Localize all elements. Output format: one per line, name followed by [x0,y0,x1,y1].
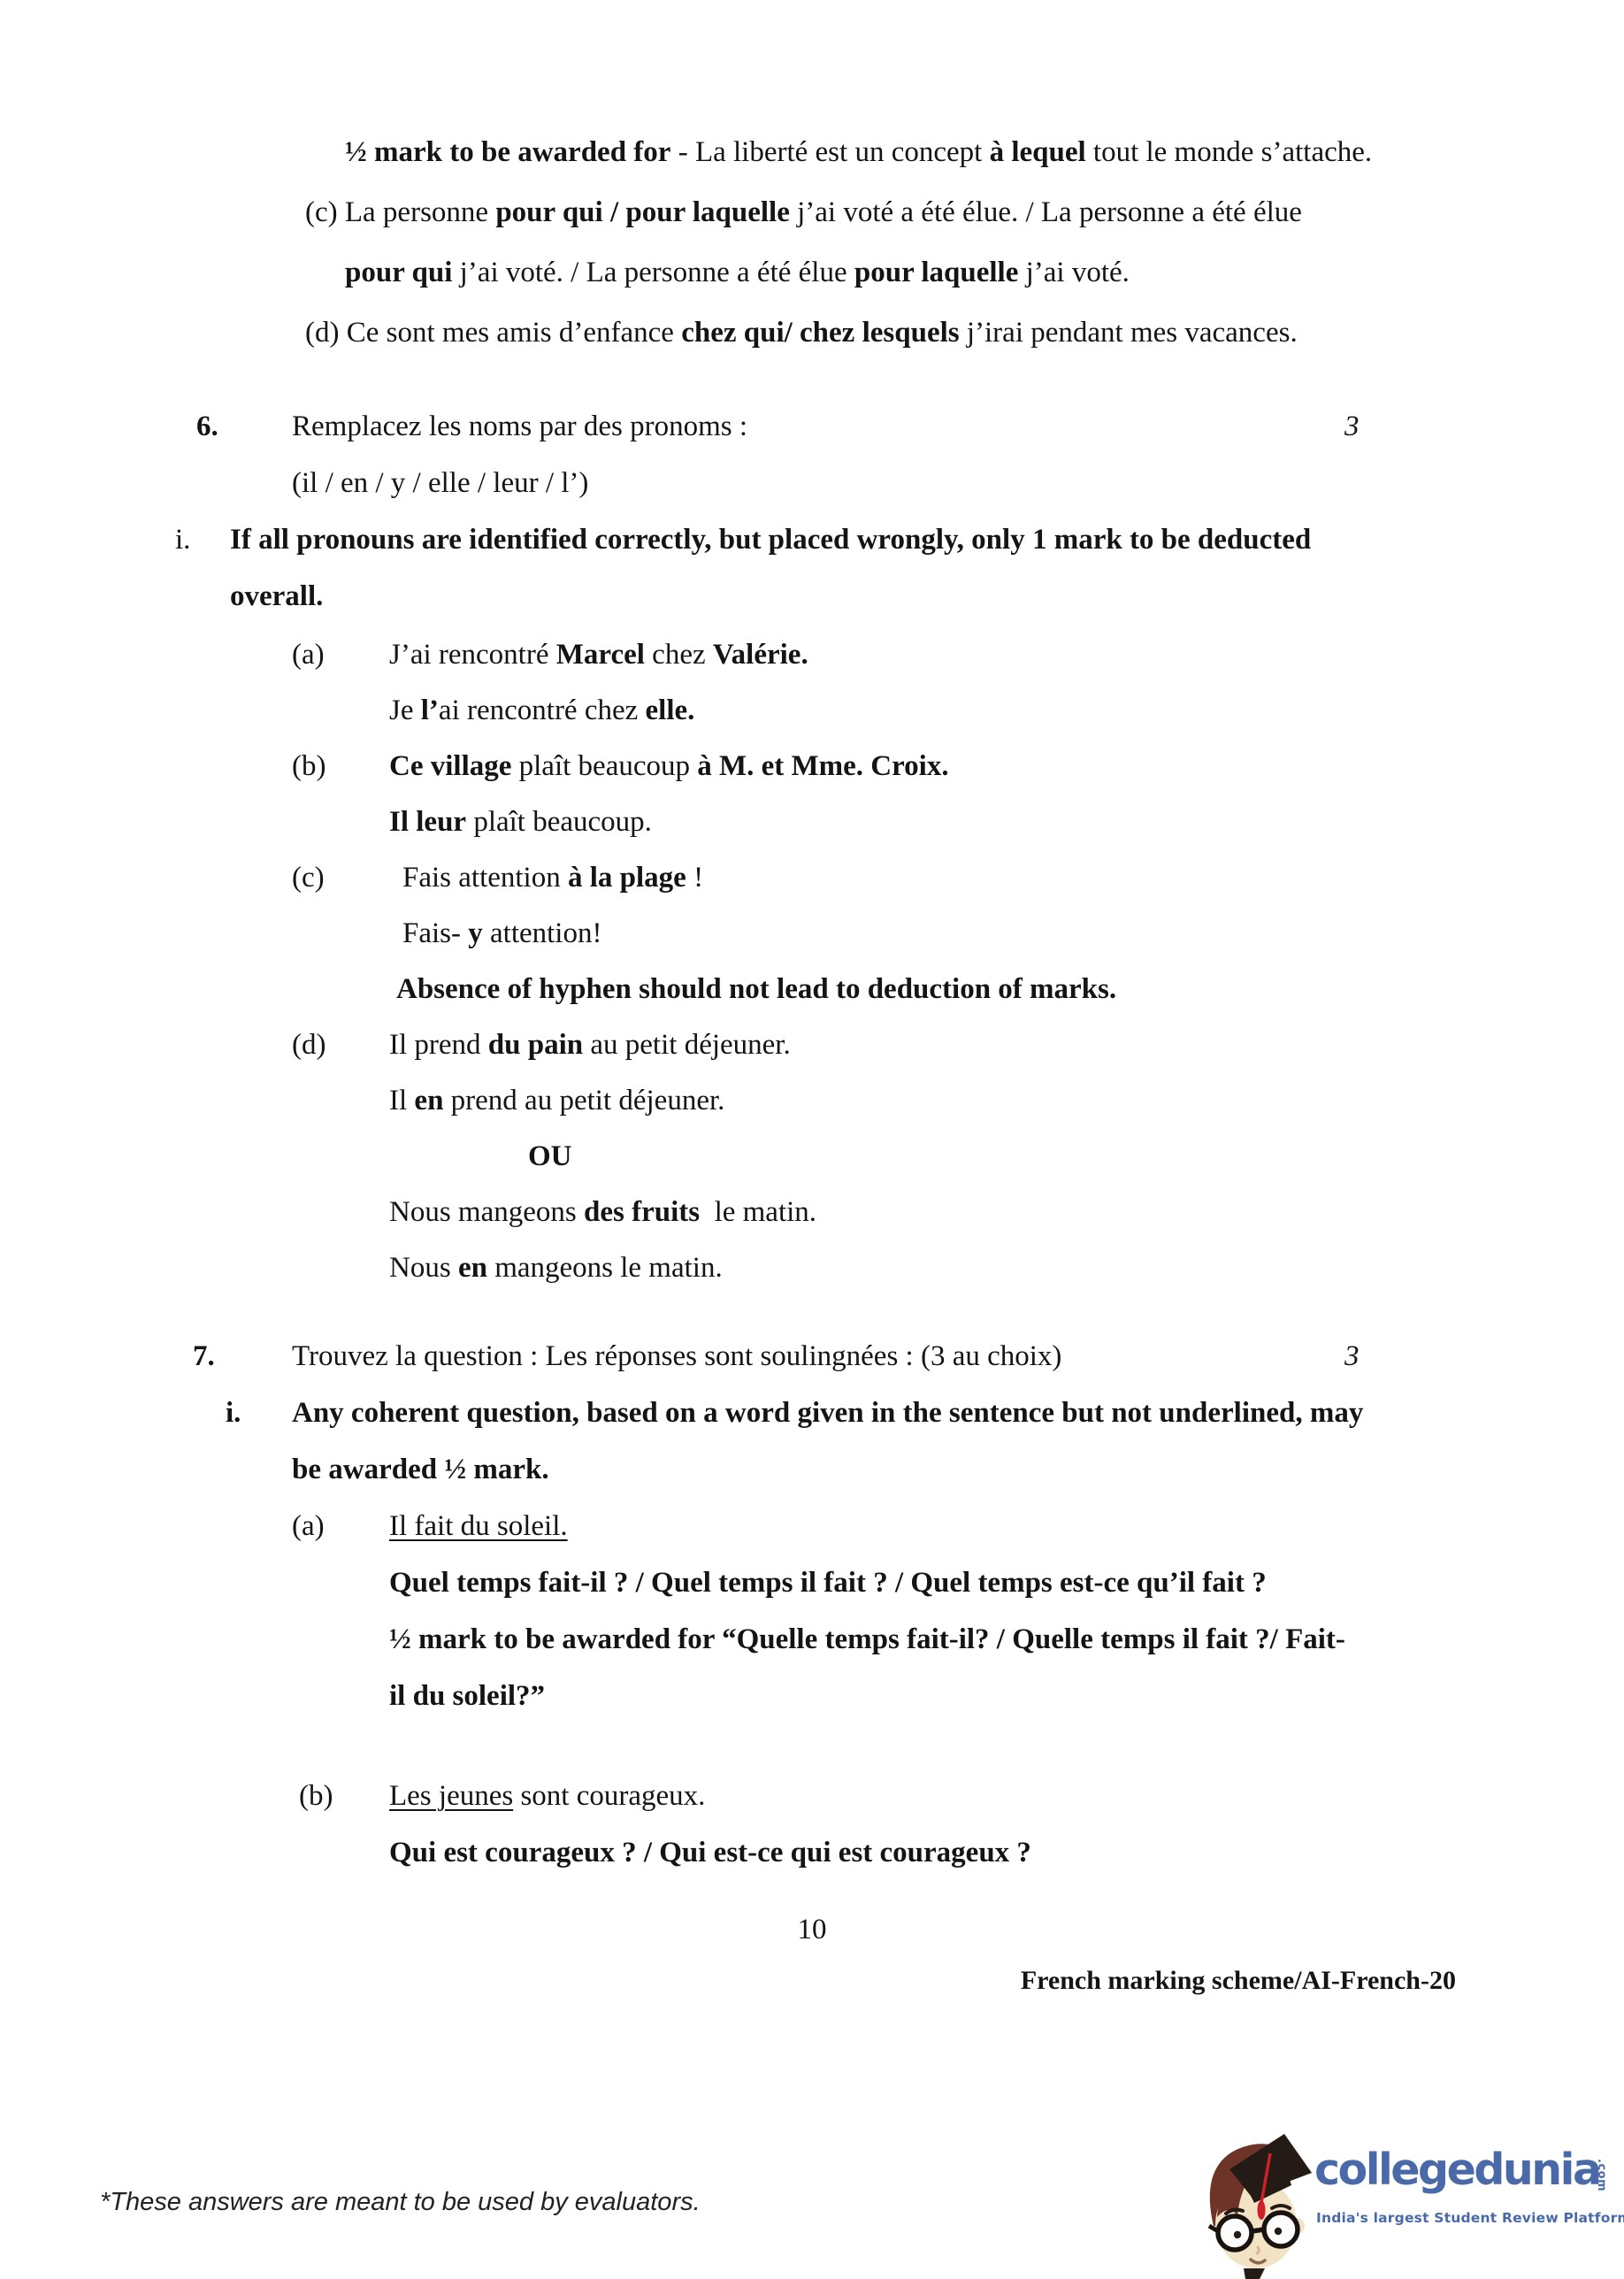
item-label: (b) [299,1777,333,1815]
logo-brand: collegedunia [1314,2145,1600,2195]
document-page: ½ mark to be awarded for - La liberté es… [0,0,1624,2279]
item-label: (b) [292,748,326,785]
collegedunia-logo: collegedunia .com India's largest Studen… [1199,2120,1624,2279]
evaluator-note-line: ½ mark to be awarded for “Quelle temps f… [389,1621,1345,1658]
evaluator-note-line: Any coherent question, based on a word g… [292,1394,1363,1431]
evaluator-footnote: *These answers are meant to be used by e… [100,2188,701,2217]
marks-value: 3 [1344,1338,1360,1375]
question-number: 6. [196,408,218,445]
item-label: (c) [292,859,325,896]
answer-line: Fais attention à la plage ! [402,859,703,896]
evaluator-note-line: il du soleil?” [389,1677,545,1715]
doc-ref: French marking scheme/AI-French-20 [1021,1962,1456,1999]
answer-line: Nous mangeons des fruits le matin. [389,1193,816,1231]
answer-line: ½ mark to be awarded for - La liberté es… [345,134,1372,171]
item-label: (a) [292,1508,325,1545]
evaluator-note-line: If all pronouns are identified correctly… [230,521,1311,558]
answer-line: Il prend du pain au petit déjeuner. [389,1026,791,1063]
answer-line: Ce village plaît beaucoup à M. et Mme. C… [389,748,949,785]
item-label: (d) [292,1026,326,1063]
answer-line: Il en prend au petit déjeuner. [389,1082,724,1119]
evaluator-note-line: overall. [230,578,323,615]
evaluator-note-line: be awarded ½ mark. [292,1451,549,1488]
answer-line: (d) Ce sont mes amis d’enfance chez qui/… [305,314,1298,351]
answer-line: Nous en mangeons le matin. [389,1249,723,1286]
answer-line: Fais- y attention! [402,915,601,952]
note-label: i. [226,1394,241,1431]
answer-line: J’ai rencontré Marcel chez Valérie. [389,636,808,673]
answer-line: pour qui j’ai voté. / La personne a été … [345,254,1130,291]
or-label: OU [528,1138,572,1175]
answer-line: Qui est courageux ? / Qui est-ce qui est… [389,1834,1031,1871]
evaluator-note-line: Absence of hyphen should not lead to ded… [396,971,1116,1008]
note-label: i. [175,521,190,558]
answer-line: (c) La personne pour qui / pour laquelle… [305,194,1302,231]
logo-tagline: India's largest Student Review Platform [1316,2210,1624,2226]
question-title: Remplacez les noms par des pronoms : [292,408,747,445]
logo-tld: .com [1595,2159,1608,2191]
question-title: Trouvez la question : Les réponses sont … [292,1338,1061,1375]
answer-line: Il leur plaît beaucoup. [389,803,652,840]
answer-line: Je l’ai rencontré chez elle. [389,692,694,729]
question-number: 7. [193,1338,215,1375]
answer-line: Quel temps fait-il ? / Quel temps il fai… [389,1564,1267,1601]
marks-value: 3 [1344,408,1360,445]
underlined-sentence: Il fait du soleil. [389,1508,568,1545]
pronoun-hint: (il / en / y / elle / leur / l’) [292,464,588,502]
graduate-boy-mascot-icon [1199,2120,1314,2279]
item-label: (a) [292,636,325,673]
page-number: 10 [0,1911,1624,1948]
underlined-sentence: Les jeunes sont courageux. [389,1777,705,1815]
